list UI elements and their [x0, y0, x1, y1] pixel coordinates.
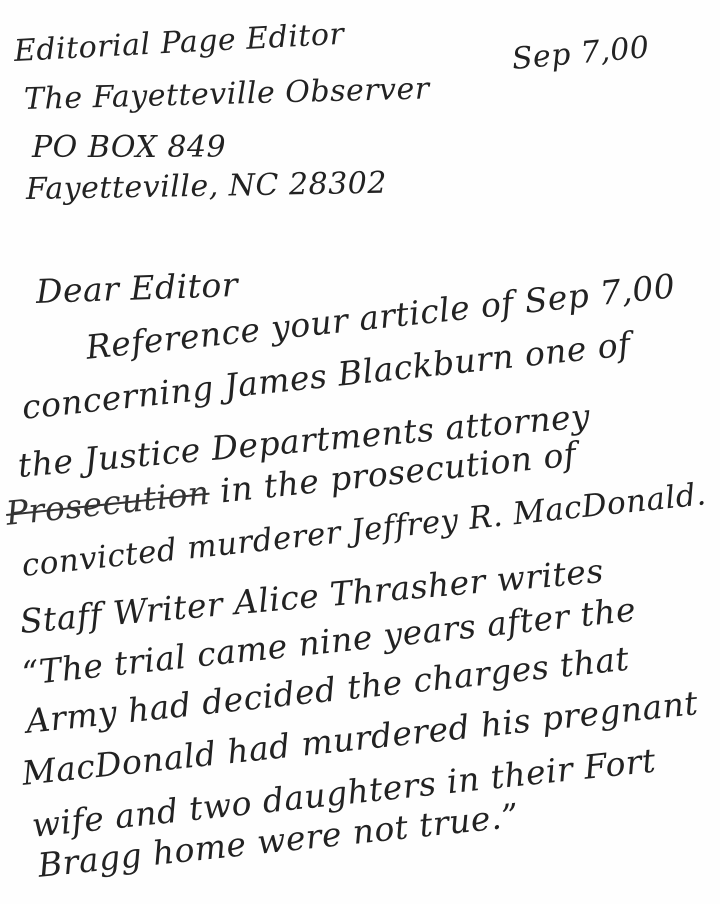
address-line-1: Editorial Page Editor	[13, 17, 345, 69]
letter-date: Sep 7,00	[510, 30, 650, 77]
letter-page: Sep 7,00 Editorial Page Editor The Fayet…	[0, 0, 720, 904]
address-line-3: PO BOX 849	[32, 130, 226, 165]
address-line-4: Fayetteville, NC 28302	[26, 166, 388, 207]
address-line-2: The Fayetteville Observer	[24, 71, 430, 117]
salutation: Dear Editor	[35, 265, 238, 311]
